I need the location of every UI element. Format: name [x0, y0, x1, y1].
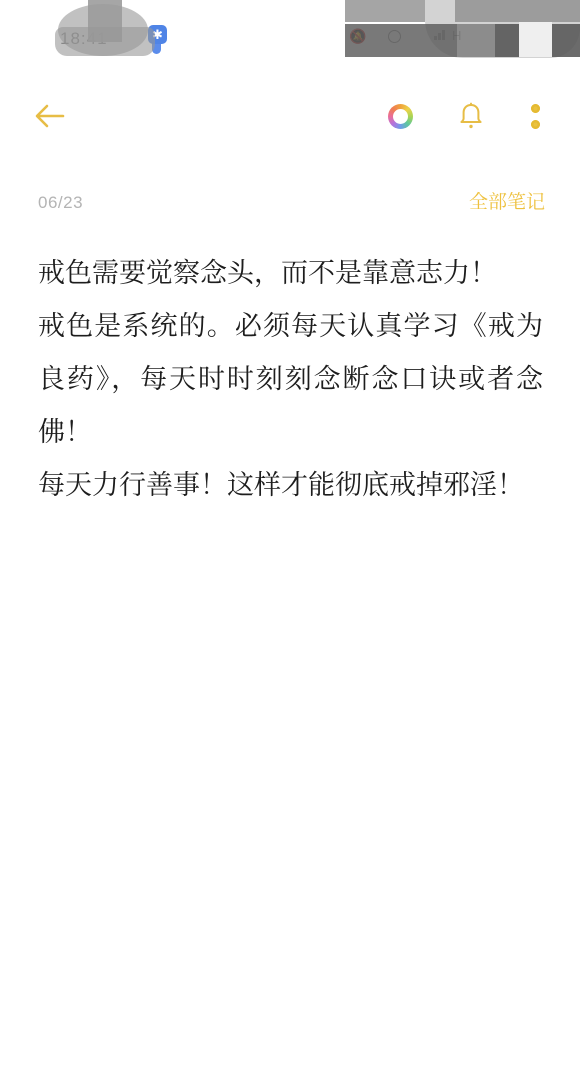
skin-color-ring-icon[interactable]	[388, 104, 413, 129]
censor-box	[457, 24, 495, 57]
status-bar: 18:41 ✱ 🔕 H	[0, 0, 580, 57]
note-meta-row: 06/23 全部笔记	[0, 187, 580, 214]
censor-box	[519, 22, 552, 57]
note-content[interactable]: 戒色需要觉察念头，而不是靠意志力！ 戒色是系统的。必须每天认真学习《戒为良药》，…	[0, 247, 580, 512]
censor-box	[552, 24, 580, 57]
back-icon[interactable]	[33, 103, 65, 129]
note-date: 06/23	[38, 193, 83, 213]
more-menu-icon[interactable]	[529, 102, 542, 131]
all-notes-link[interactable]: 全部笔记	[469, 187, 545, 214]
censor-box	[495, 24, 519, 57]
note-paragraph: 戒色需要觉察念头，而不是靠意志力！	[38, 247, 543, 300]
note-paragraph: 戒色是系统的。必须每天认真学习《戒为良药》，每天时时刻刻念断念口诀或者念佛！	[38, 300, 543, 459]
censor-box	[55, 27, 155, 56]
note-toolbar	[0, 91, 580, 141]
note-paragraph: 每天力行善事！这样才能彻底戒掉邪淫！	[38, 459, 543, 512]
reminder-bell-icon[interactable]	[458, 102, 484, 130]
censor-box	[345, 0, 425, 22]
toolbar-actions	[388, 102, 542, 131]
censor-box	[455, 0, 580, 22]
censor-box	[345, 24, 457, 57]
notes-app-screen: 18:41 ✱ 🔕 H	[0, 0, 580, 1066]
